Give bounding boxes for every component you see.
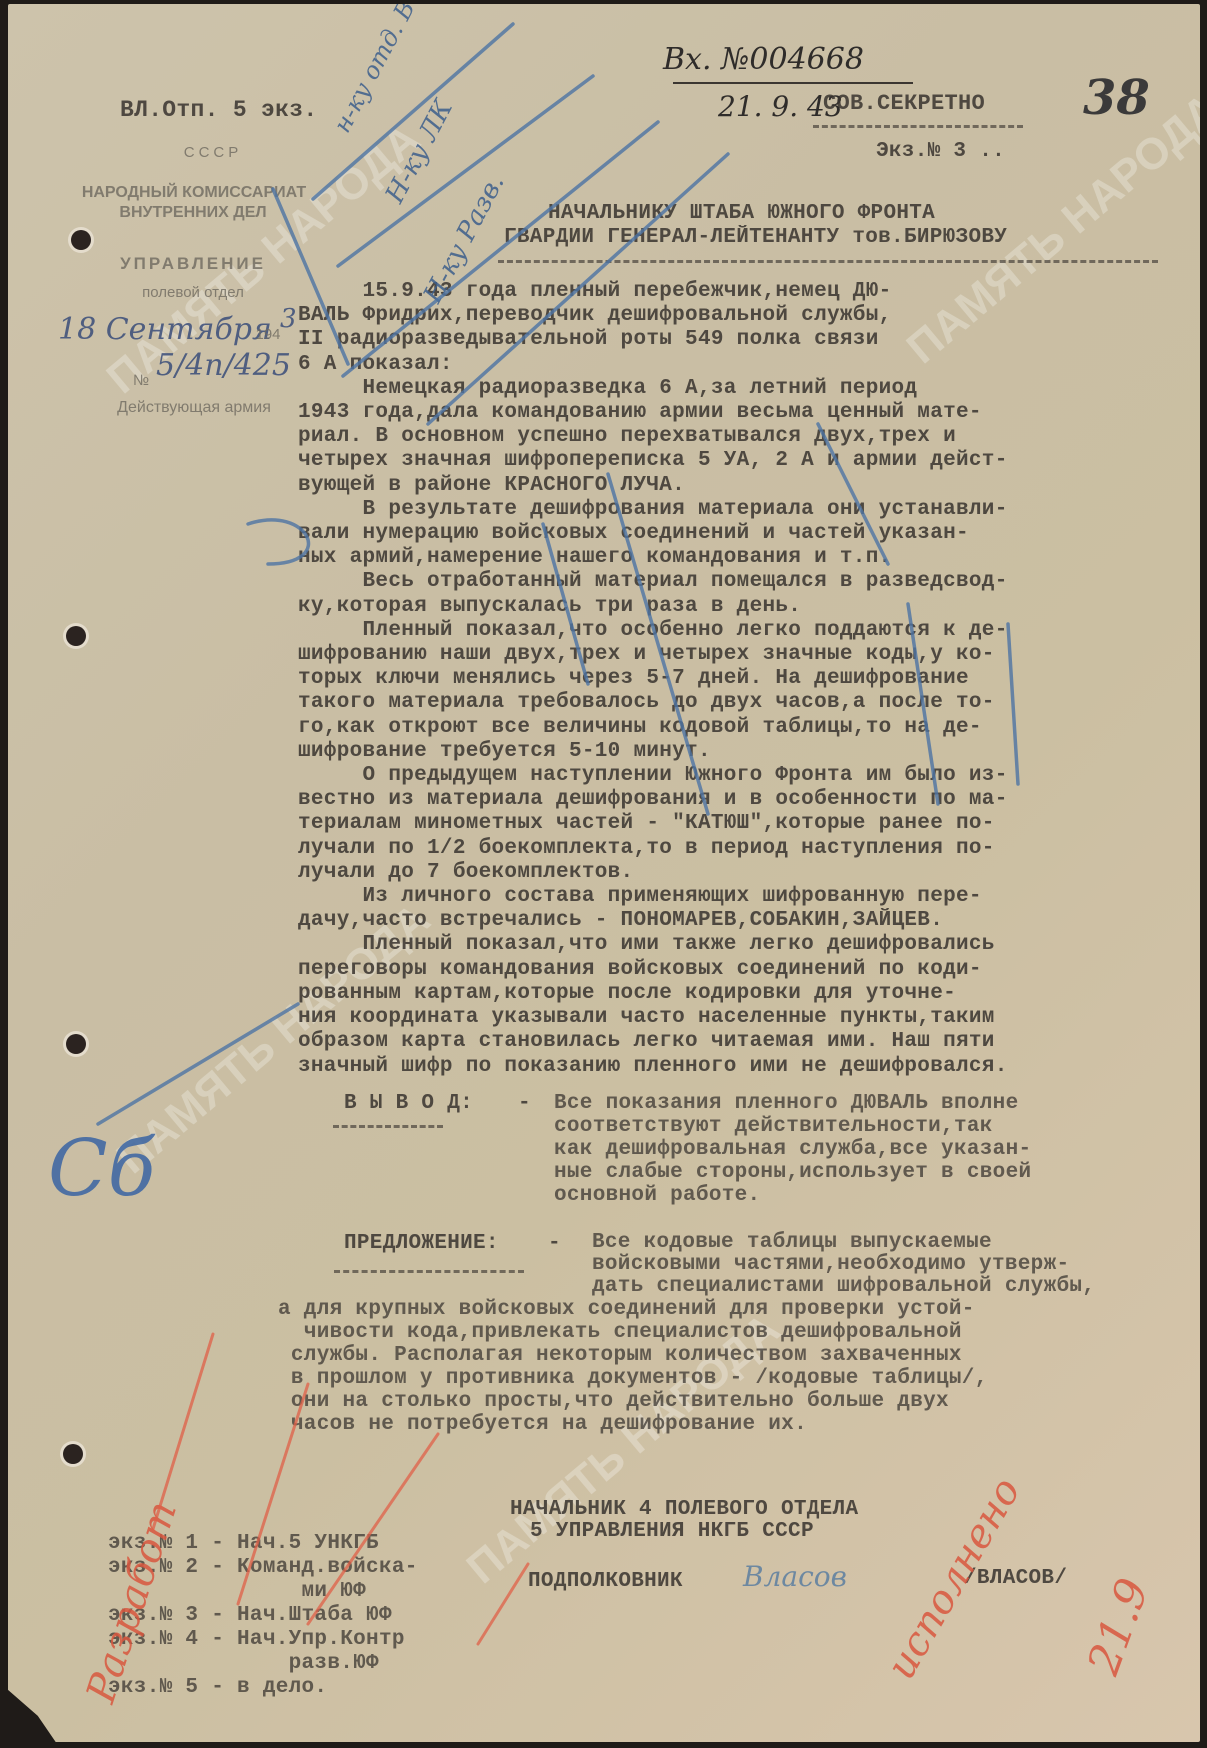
body-line: Весь отработанный материал помещался в р… (298, 570, 1188, 594)
incoming-underline (673, 82, 913, 84)
body-line: дачу,часто встречались - ПОНОМАРЕВ,СОБАК… (298, 909, 1188, 933)
proposal-dash: - (548, 1232, 561, 1256)
signature-title-1: НАЧАЛЬНИК 4 ПОЛЕВОГО ОТДЕЛА (510, 1498, 858, 1522)
body-line: лучали по 1/2 боекомплекта,то в период н… (298, 837, 1188, 861)
distribution-item: экз.№ 4 - Нач.Упр.Контр (108, 1628, 418, 1652)
signature-rank: ПОДПОЛКОВНИК (528, 1570, 683, 1594)
conclusion-line: основной работе. (554, 1184, 1031, 1207)
body-line: такого материала требовалось до двух час… (298, 691, 1188, 715)
proposal-label: ПРЕДЛОЖЕНИЕ: (344, 1232, 499, 1256)
conclusion-line: Все показания пленного ДЮВАЛЬ вполне (554, 1092, 1031, 1115)
incoming-number: Вх. №004668 (663, 42, 864, 77)
body-line: 1943 года,дала командованию армии весьма… (298, 401, 1188, 425)
body-line: Пленный показал,что ими также легко деши… (298, 933, 1188, 957)
proposal-text: Все кодовые таблицы выпускаемыевойсковым… (592, 1232, 1095, 1298)
body-line: торых ключи менялись через 5-7 дней. На … (298, 667, 1188, 691)
body-line: вующей в районе КРАСНОГО ЛУЧА. (298, 474, 1188, 498)
report-body: 15.9.43 года пленный перебежчик,немец ДЮ… (298, 280, 1188, 1079)
letterhead-year-handwritten: 3 (280, 304, 297, 334)
conclusion-line: как дешифровальная служба,все указан- (554, 1138, 1031, 1161)
addressee-line-2: ГВАРДИИ ГЕНЕРАЛ-ЛЕЙТЕНАНТУ тов.БИРЮЗОВУ (504, 226, 1007, 250)
body-line: Пленный показал,что особенно легко подда… (298, 619, 1188, 643)
body-line: териалам минометных частей - "КАТЮШ",кот… (298, 812, 1188, 836)
body-line: ния координата указывали часто населенны… (298, 1006, 1188, 1030)
proposal-continuation-line: часов не потребуется на дешифрование их. (278, 1413, 988, 1436)
body-line: ных армий,намерение нашего командования … (298, 546, 1188, 570)
body-line: шифрование требуется 5-10 минут. (298, 740, 1188, 764)
distribution-item: разв.ЮФ (108, 1652, 418, 1676)
proposal-line: Все кодовые таблицы выпускаемые (592, 1232, 1095, 1254)
punch-hole (71, 230, 91, 250)
body-line: 6 А показал: (298, 353, 1188, 377)
body-line: лучали до 7 боекомплектов. (298, 861, 1188, 885)
proposal-continuation-line: в прошлом у противника документов - /код… (278, 1367, 988, 1390)
signature-handwritten: Власов (743, 1560, 847, 1593)
body-line: В результате дешифрования материала они … (298, 498, 1188, 522)
proposal-continuation: а для крупных войсковых соединений для п… (278, 1298, 988, 1436)
addressee-divider (498, 260, 1158, 263)
annotation-blue-initials: Сб (48, 1124, 155, 1214)
body-line: ку,которая выпускалась три раза в день. (298, 595, 1188, 619)
body-line: О предыдущем наступлении Южного Фронта и… (298, 764, 1188, 788)
letterhead-org-1: НАРОДНЫЙ КОМИССАРИАТ (34, 184, 354, 202)
letterhead-location: Действующая армия (84, 399, 304, 417)
letterhead-dept-2: полевой отдел (68, 284, 318, 301)
letterhead-org-2: ВНУТРЕННИХ ДЕЛ (68, 204, 318, 222)
body-line: Немецкая радиоразведка 6 А,за летний пер… (298, 377, 1188, 401)
body-line: вестно из материала дешифрования и в осо… (298, 788, 1188, 812)
copies-note: ВЛ.Отп. 5 экз. (120, 98, 317, 122)
punch-hole (66, 1034, 86, 1054)
conclusion-line: соответствуют действительности,так (554, 1115, 1031, 1138)
letterhead-country: СССР (158, 144, 268, 161)
punch-hole (66, 626, 86, 646)
proposal-underline (334, 1270, 524, 1273)
page-number: 38 (1083, 70, 1150, 126)
conclusion-text: Все показания пленного ДЮВАЛЬ вполнесоот… (554, 1092, 1031, 1207)
body-line: четырех значная шифропереписка 5 УА, 2 А… (298, 449, 1188, 473)
body-line: Из личного состава применяющих шифрованн… (298, 885, 1188, 909)
classification-underline (813, 125, 1023, 128)
classification: СОВ.СЕКРЕТНО (823, 92, 985, 116)
letterhead-ref-number: 5/4п/425 (156, 348, 291, 383)
body-line: рованным картам,которые после кодировки … (298, 982, 1188, 1006)
body-line: шифрованию наши двух,трех и четырех знач… (298, 643, 1188, 667)
body-line: значный шифр по показанию пленного ими н… (298, 1055, 1188, 1079)
punch-hole (63, 1444, 83, 1464)
body-line: образом карта становилась легко читаемая… (298, 1030, 1188, 1054)
distribution-item: экз.№ 5 - в дело. (108, 1676, 418, 1700)
body-line: вали нумерацию войсковых соединений и ча… (298, 522, 1188, 546)
signature-title-2: 5 УПРАВЛЕНИЯ НКГБ СССР (530, 1520, 814, 1544)
proposal-line: дать специалистами шифровальной службы, (592, 1276, 1095, 1298)
proposal-continuation-line: они на столько просты,что действительно … (278, 1390, 988, 1413)
body-line: II радиоразведывательной роты 549 полка … (298, 328, 1188, 352)
letterhead-ref-prefix: № (126, 372, 156, 389)
proposal-line: войсковыми частями,необходимо утверж- (592, 1254, 1095, 1276)
conclusion-label: В Ы В О Д: (344, 1092, 473, 1116)
addressee-line-1: НАЧАЛЬНИКУ ШТАБА ЮЖНОГО ФРОНТА (548, 202, 935, 226)
body-line: переговоры командования войсковых соедин… (298, 958, 1188, 982)
annotation-blue-1: н-ку отд. В. (328, 0, 424, 137)
body-line: ВАЛЬ Фридрих,переводчик дешифровальной с… (298, 304, 1188, 328)
annotation-blue-2: Н-ку ЛК (380, 95, 459, 208)
annotation-red-date: 21.9 (1078, 1572, 1159, 1682)
body-line: го,как откроют все величины кодовой табл… (298, 716, 1188, 740)
proposal-continuation-line: чивости кода,привлекать специалистов деш… (278, 1321, 988, 1344)
proposal-continuation-line: службы. Располагая некоторым количеством… (278, 1344, 988, 1367)
conclusion-underline (333, 1125, 443, 1128)
conclusion-dash: - (518, 1092, 531, 1116)
conclusion-line: ные слабые стороны,использует в своей (554, 1161, 1031, 1184)
copy-number: Экз.№ 3 .. (876, 140, 1005, 164)
letterhead-dept-1: УПРАВЛЕНИЕ (68, 254, 318, 274)
proposal-continuation-line: а для крупных войсковых соединений для п… (278, 1298, 988, 1321)
document-sheet: ПАМЯТЬ НАРОДА ПАМЯТЬ НАРОДА ПАМЯТЬ НАРОД… (8, 4, 1200, 1742)
body-line: риал. В основном успешно перехватывался … (298, 425, 1188, 449)
